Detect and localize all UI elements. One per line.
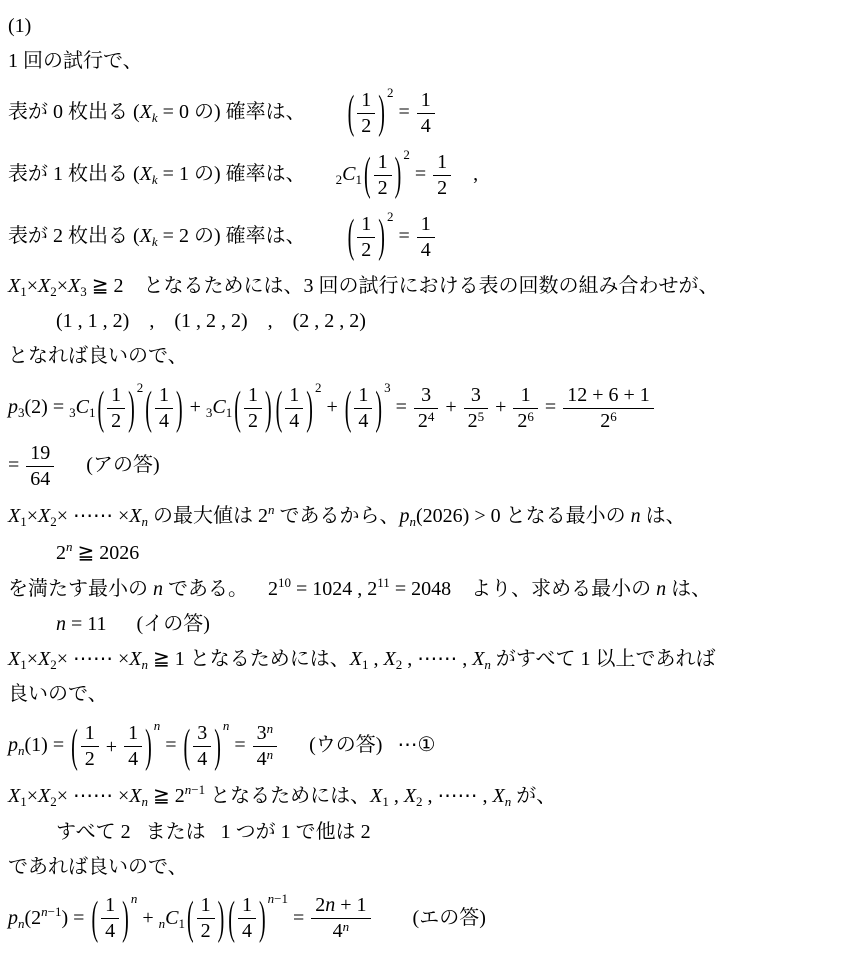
text-run: 1	[521, 384, 531, 406]
text-run: 4	[333, 920, 343, 942]
denominator: 2	[357, 237, 375, 262]
text-run: =	[540, 396, 561, 418]
text-run: = 1 の) 確率は、	[158, 163, 336, 185]
numerator: 3	[464, 384, 489, 408]
denominator: 4n	[253, 746, 278, 771]
numerator: 1	[197, 894, 215, 918]
right-paren: )	[264, 380, 273, 436]
denominator: 2	[244, 408, 262, 433]
text-run: 1	[105, 894, 115, 916]
text-run: 1	[159, 384, 169, 406]
fraction: 12 + 6 + 126	[563, 384, 654, 433]
text-run: 1	[85, 722, 95, 744]
text-run: 64	[30, 468, 50, 490]
text-run: 2	[378, 177, 388, 199]
text-run: = 11 (イの答)	[66, 613, 210, 635]
text-run: 2	[85, 748, 95, 770]
text-run: =	[8, 454, 24, 476]
denominator: 4	[417, 113, 435, 138]
math-variable: X	[140, 101, 152, 123]
text-run: 2	[56, 542, 66, 564]
math-variable: X	[129, 648, 141, 670]
text-run: ≧ 2026	[73, 542, 140, 564]
math-variable: n	[267, 721, 274, 736]
answer-i-line: n = 11 (イの答)	[56, 609, 844, 639]
text-run: −1	[48, 904, 62, 919]
superscript: 2	[137, 380, 144, 395]
fraction: 14	[417, 213, 435, 262]
fraction: 12	[357, 89, 375, 138]
text-run: =	[410, 163, 431, 185]
superscript: n	[154, 718, 161, 733]
numerator: 1	[124, 722, 142, 746]
text-run: (2	[25, 907, 42, 929]
text-run: 1	[355, 172, 362, 187]
text-run: 1	[178, 916, 185, 931]
paren-group: (12)	[233, 384, 272, 433]
math-variable: X	[38, 785, 50, 807]
denominator: 4	[417, 237, 435, 262]
text-run: 1	[421, 213, 431, 235]
superscript: n	[131, 891, 138, 906]
denominator: 2	[81, 746, 99, 771]
denominator: 4n	[311, 918, 370, 943]
fraction: 12	[81, 722, 99, 771]
text-run: は、	[641, 505, 686, 527]
text-run: であるから、	[275, 505, 400, 527]
text-run: 3	[421, 384, 431, 406]
text-run: 2	[361, 115, 371, 137]
superscript: 6	[527, 409, 534, 424]
prob-x2-line: 表が 2 枚出る (Xk = 2 の) 確率は、 (12)2 = 14	[8, 209, 844, 262]
text-run: (エの答)	[373, 907, 486, 929]
text-run: 表が 0 枚出る (	[8, 101, 140, 123]
text-run: 2	[468, 410, 478, 432]
superscript: n	[343, 919, 350, 934]
numerator: 1	[101, 894, 119, 918]
text-run: が、	[511, 785, 556, 807]
math-variable: X	[129, 785, 141, 807]
text-run: (2) =	[25, 396, 70, 418]
text-run: 4	[289, 410, 299, 432]
math-variable: X	[140, 225, 152, 247]
paren-group: (12)	[347, 213, 386, 262]
text-run: 4	[358, 410, 368, 432]
paren-group: (14)	[90, 894, 129, 943]
paren-group: (14)	[344, 384, 383, 433]
superscript: 11	[377, 575, 390, 590]
text-run: 11	[377, 575, 390, 590]
superscript: 2	[403, 147, 410, 162]
max-value-line: X1×X2× ⋯⋯ ×Xn の最大値は 2n であるから、pn(2026) > …	[8, 500, 844, 532]
denominator: 25	[464, 408, 489, 433]
text-run: 6	[610, 409, 617, 424]
denominator: 4	[193, 746, 211, 771]
inequality-line: 2n ≧ 2026	[56, 537, 844, 568]
text-run: 1	[242, 894, 252, 916]
text-run: 1	[201, 894, 211, 916]
text-run: ,	[453, 163, 478, 185]
fraction: 14	[124, 722, 142, 771]
text-run: 1	[89, 405, 96, 420]
fraction: 126	[513, 384, 538, 433]
text-run: 1	[361, 213, 371, 235]
numerator: 1	[357, 213, 375, 237]
numerator: 1	[417, 89, 435, 113]
superscript: 2	[387, 209, 394, 224]
text-run: ) =	[62, 907, 90, 929]
math-variable: X	[370, 785, 382, 807]
text-run: , ⋯⋯ ,	[423, 785, 493, 807]
left-paren: (	[183, 718, 192, 774]
math-variable: C	[212, 396, 225, 418]
math-variable: p	[400, 505, 410, 527]
text-run: 6	[527, 409, 534, 424]
text-run: + 1	[335, 894, 366, 916]
text-run: 3	[471, 384, 481, 406]
text-run: =	[229, 734, 250, 756]
text-run: であれば良いので、	[8, 856, 188, 878]
text-run: −1	[191, 782, 205, 797]
fraction: 14	[285, 384, 303, 433]
text-run: , ⋯⋯ ,	[402, 648, 472, 670]
text-run: 1	[358, 384, 368, 406]
answer-e-line: pn(2n−1) = (14)n + nC1(12)(14)n−1 = 2n +…	[8, 891, 844, 944]
math-variable: X	[8, 648, 20, 670]
numerator: 1	[417, 213, 435, 237]
denominator: 4	[238, 918, 256, 943]
numerator: 1	[107, 384, 125, 408]
math-variable: C	[165, 907, 178, 929]
text-run: (1 , 1 , 2) , (1 , 2 , 2) , (2 , 2 , 2)	[56, 310, 366, 332]
text-run: すべて 2 または 1 つが 1 で他は 2	[56, 821, 371, 843]
text-run: =	[160, 734, 181, 756]
denominator: 2	[357, 113, 375, 138]
text-run: × ⋯⋯ ×	[57, 505, 130, 527]
text-run: +	[490, 396, 511, 418]
text-run: 4	[128, 748, 138, 770]
superscript: 2	[387, 85, 394, 100]
superscript: n	[267, 721, 274, 736]
numerator: 3	[193, 722, 211, 746]
fraction: 34	[193, 722, 211, 771]
numerator: 3n	[253, 722, 278, 746]
text-run: =	[288, 907, 309, 929]
text-run: ≧ 2	[148, 785, 185, 807]
right-paren: )	[175, 380, 184, 436]
denominator: 2	[433, 175, 451, 200]
subscript: 1	[89, 405, 96, 420]
text-run: 1	[437, 151, 447, 173]
paren-group: (14)	[227, 894, 266, 943]
superscript: n−1	[41, 904, 61, 919]
text-run: 1	[128, 722, 138, 744]
paren-group: (12 + 14)	[70, 722, 153, 771]
numerator: 1	[238, 894, 256, 918]
denominator: 64	[26, 466, 54, 491]
fraction: 12	[197, 894, 215, 943]
numerator: 1	[374, 151, 392, 175]
text-run: 12 + 6 + 1	[567, 384, 650, 406]
denominator: 4	[285, 408, 303, 433]
left-paren: (	[90, 891, 99, 947]
text-run: ≧ 2 となるためには、3 回の試行における表の回数の組み合わせが、	[87, 275, 719, 297]
math-variable: n	[343, 919, 350, 934]
text-run: となれば良いので、	[8, 345, 188, 367]
text-run: =	[393, 101, 414, 123]
text-run: がすべて 1 以上であれば	[491, 648, 716, 670]
paren-group: (14)	[144, 384, 183, 433]
text-run: −1	[274, 891, 288, 906]
text-run: 1	[378, 151, 388, 173]
text-run: +	[440, 396, 461, 418]
fraction: 12	[107, 384, 125, 433]
left-paren: (	[96, 380, 105, 436]
text-run: 10	[278, 575, 291, 590]
superscript: 2	[315, 380, 322, 395]
prob-x1-line: 表が 1 枚出る (Xk = 1 の) 確率は、 2C1(12)2 = 12 ,	[8, 147, 844, 200]
numerator: 1	[285, 384, 303, 408]
math-variable: p	[8, 734, 18, 756]
text-run: 3	[257, 722, 267, 744]
text-run: 1	[361, 89, 371, 111]
text-run: = 2 の) 確率は、	[158, 225, 346, 247]
left-paren: (	[233, 380, 242, 436]
text-run: となるためには、	[205, 785, 370, 807]
text-run: 表が 1 枚出る (	[8, 163, 140, 185]
text-run: 4	[242, 920, 252, 942]
cases-line: すべて 2 または 1 つが 1 で他は 2	[56, 817, 844, 847]
fraction: 14	[417, 89, 435, 138]
text-run: 2	[387, 209, 394, 224]
numerator: 1	[81, 722, 99, 746]
fraction: 14	[101, 894, 119, 943]
math-variable: X	[8, 505, 20, 527]
text-run: ≧ 1 となるためには、	[148, 648, 350, 670]
text-run: ×	[27, 505, 38, 527]
numerator: 1	[433, 151, 451, 175]
numerator: 1	[155, 384, 173, 408]
superscript: n−1	[185, 782, 205, 797]
text-run: =	[393, 225, 414, 247]
text-run: 2	[137, 380, 144, 395]
condition-geq1-line: X1×X2× ⋯⋯ ×Xn ≧ 1 となるためには、X1 , X2 , ⋯⋯ ,…	[8, 644, 844, 675]
text-run: 2	[361, 239, 371, 261]
text-run: × ⋯⋯ ×	[57, 785, 130, 807]
numerator: 1	[354, 384, 372, 408]
text-run: 2	[111, 410, 121, 432]
superscript: n	[223, 718, 230, 733]
denominator: 4	[124, 746, 142, 771]
text-run: 4	[421, 239, 431, 261]
denominator: 2	[374, 175, 392, 200]
text-run: 2	[517, 410, 527, 432]
intro-line: 1 回の試行で、	[8, 46, 844, 76]
right-paren: )	[394, 147, 403, 203]
text-run: 4	[105, 920, 115, 942]
math-variable: X	[350, 648, 362, 670]
math-variable: n	[631, 505, 641, 527]
paren-group: (14)	[275, 384, 314, 433]
math-variable: X	[8, 785, 20, 807]
text-run: 2	[201, 920, 211, 942]
text-run: 4	[428, 409, 435, 424]
math-variable: X	[140, 163, 152, 185]
math-variable: X	[404, 785, 416, 807]
paren-group: (34)	[183, 722, 222, 771]
part-label: (1)	[8, 11, 844, 41]
math-variable: p	[8, 907, 18, 929]
fraction: 14	[155, 384, 173, 433]
superscript: 5	[478, 409, 485, 424]
right-paren: )	[374, 380, 383, 436]
answer-a-line: = 1964 (アの答)	[8, 442, 844, 491]
right-paren: )	[305, 380, 314, 436]
text-run: の最大値は 2	[148, 505, 268, 527]
text-run: 4	[197, 748, 207, 770]
text-run: ×	[27, 275, 38, 297]
text-run: である。 2	[163, 578, 278, 600]
text-run: 1	[289, 384, 299, 406]
left-paren: (	[186, 891, 195, 947]
text-run: (1)	[8, 15, 31, 37]
text-run: ×	[27, 648, 38, 670]
left-paren: (	[227, 891, 236, 947]
text-run: ,	[368, 648, 383, 670]
text-run: を満たす最小の	[8, 578, 153, 600]
denominator: 4	[155, 408, 173, 433]
fraction: 12	[357, 213, 375, 262]
fraction: 12	[244, 384, 262, 433]
math-variable: X	[129, 505, 141, 527]
math-variable: n	[131, 891, 138, 906]
math-variable: n	[153, 578, 163, 600]
math-variable: n	[154, 718, 161, 733]
text-run: 1	[248, 384, 258, 406]
numerator: 3	[414, 384, 439, 408]
answer-u-line: pn(1) = (12 + 14)n = (34)n = 3n4n (ウの答) …	[8, 718, 844, 771]
superscript: 10	[278, 575, 291, 590]
denominator: 2	[197, 918, 215, 943]
text-run: 4	[257, 748, 267, 770]
math-variable: X	[472, 648, 484, 670]
text-run: = 0 の) 確率は、	[158, 101, 346, 123]
left-paren: (	[344, 380, 353, 436]
left-paren: (	[363, 147, 372, 203]
math-variable: X	[38, 275, 50, 297]
denominator: 26	[563, 408, 654, 433]
paren-group: (12)	[363, 151, 402, 200]
condition-3trials-line: X1×X2×X3 ≧ 2 となるためには、3 回の試行における表の回数の組み合わ…	[8, 271, 844, 302]
numerator: 19	[26, 442, 54, 466]
left-paren: (	[347, 85, 356, 141]
superscript: 6	[610, 409, 617, 424]
document-body: (1)1 回の試行で、表が 0 枚出る (Xk = 0 の) 確率は、 (12)…	[8, 11, 844, 943]
text-run: =	[391, 396, 412, 418]
paren-group: (12)	[96, 384, 135, 433]
fraction: 14	[238, 894, 256, 943]
text-run: (アの答)	[56, 454, 159, 476]
text-run: 2	[418, 410, 428, 432]
fraction: 14	[354, 384, 372, 433]
prob-x0-line: 表が 0 枚出る (Xk = 0 の) 確率は、 (12)2 = 14	[8, 85, 844, 138]
math-variable: n	[267, 747, 274, 762]
fraction: 3n4n	[253, 722, 278, 771]
text-run: 3	[197, 722, 207, 744]
text-run: × ⋯⋯ ×	[57, 648, 130, 670]
fraction: 325	[464, 384, 489, 433]
numerator: 1	[357, 89, 375, 113]
denominator: 2	[107, 408, 125, 433]
text-run: ×	[27, 785, 38, 807]
fraction: 12	[374, 151, 392, 200]
right-paren: )	[213, 718, 222, 774]
connective-line-1: となれば良いので、	[8, 341, 844, 371]
text-run: +	[321, 396, 342, 418]
right-paren: )	[377, 85, 386, 141]
right-paren: )	[127, 380, 136, 436]
powers-line: を満たす最小の n である。 210 = 1024 , 211 = 2048 よ…	[8, 573, 844, 604]
left-paren: (	[347, 209, 356, 265]
math-variable: X	[38, 648, 50, 670]
text-run: +	[185, 396, 206, 418]
math-variable: n	[223, 718, 230, 733]
denominator: 26	[513, 408, 538, 433]
condition-geq2n1-line: X1×X2× ⋯⋯ ×Xn ≧ 2n−1 となるためには、X1 , X2 , ⋯…	[8, 780, 844, 812]
math-solution-document: (1)1 回の試行で、表が 0 枚出る (Xk = 0 の) 確率は、 (12)…	[0, 0, 848, 972]
left-paren: (	[144, 380, 153, 436]
text-run: 5	[478, 409, 485, 424]
numerator: 1	[244, 384, 262, 408]
superscript: 3	[384, 380, 391, 395]
text-run: (ウの答) ⋯①	[279, 734, 435, 756]
numerator: 1	[513, 384, 538, 408]
text-run: 2	[403, 147, 410, 162]
denominator: 4	[101, 918, 119, 943]
math-variable: X	[383, 648, 395, 670]
text-run: 4	[159, 410, 169, 432]
math-variable: n	[56, 613, 66, 635]
numerator: 12 + 6 + 1	[563, 384, 654, 408]
text-run: 1 回の試行で、	[8, 50, 143, 72]
denominator: 24	[414, 408, 439, 433]
text-run: = 1024 , 2	[291, 578, 377, 600]
superscript: 4	[428, 409, 435, 424]
subscript: 1	[178, 916, 185, 931]
text-run: 1	[111, 384, 121, 406]
right-paren: )	[377, 209, 386, 265]
text-run: +	[137, 907, 158, 929]
fraction: 12	[433, 151, 451, 200]
math-variable: X	[68, 275, 80, 297]
math-variable: C	[76, 396, 89, 418]
fraction: 2n + 14n	[311, 894, 370, 943]
text-run: +	[101, 735, 122, 759]
combinations-line: (1 , 1 , 2) , (1 , 2 , 2) , (2 , 2 , 2)	[56, 306, 844, 336]
superscript: n−1	[268, 891, 288, 906]
left-paren: (	[275, 380, 284, 436]
paren-group: (12)	[347, 89, 386, 138]
connective-line-3: であれば良いので、	[8, 852, 844, 882]
text-run: 4	[421, 115, 431, 137]
math-variable: C	[342, 163, 355, 185]
text-run: ,	[389, 785, 404, 807]
math-variable: p	[8, 396, 18, 418]
math-variable: n	[325, 894, 335, 916]
text-run: (1) =	[25, 734, 70, 756]
text-run: 2	[315, 380, 322, 395]
right-paren: )	[144, 718, 153, 774]
